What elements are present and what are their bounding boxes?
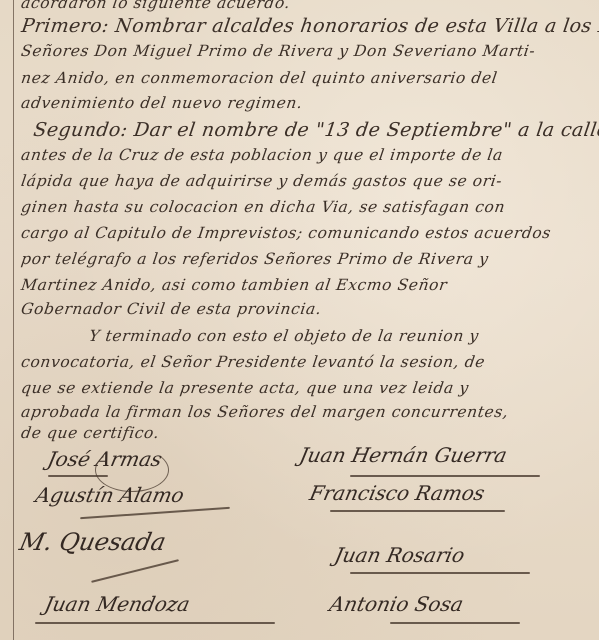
text-line: de que certifico. xyxy=(20,424,161,442)
signature-stroke xyxy=(350,475,540,477)
text-line: cargo al Capitulo de Imprevistos; comuni… xyxy=(20,224,552,242)
text-line: Gobernador Civil de esta provincia. xyxy=(20,300,323,318)
text-line-segundo: Segundo: Dar el nombre de "13 de Septiem… xyxy=(32,119,599,141)
signature-stroke xyxy=(390,622,520,624)
signature-juan-rosario: Juan Rosario xyxy=(332,543,466,567)
signature-stroke xyxy=(350,572,530,574)
text-line: advenimiento del nuevo regimen. xyxy=(20,94,304,112)
text-line: por telégrafo a los referidos Señores Pr… xyxy=(20,250,490,268)
text-line: nez Anido, en conmemoracion del quinto a… xyxy=(20,69,499,87)
signature-antonio-sosa: Antonio Sosa xyxy=(327,592,465,616)
signature-m-quesada: M. Quesada xyxy=(17,528,168,556)
text-line: Señores Don Miguel Primo de Rivera y Don… xyxy=(20,42,537,60)
signature-francisco-ramos: Francisco Ramos xyxy=(307,481,487,505)
signature-stroke xyxy=(48,475,108,477)
signature-juan-hernan-guerra: Juan Hernán Guerra xyxy=(297,443,509,467)
margin-rule xyxy=(13,0,14,640)
text-line: aprobada la firman los Señores del marge… xyxy=(20,403,510,421)
text-line: que se extiende la presente acta, que un… xyxy=(20,379,470,397)
text-line: acordaron lo siguiente acuerdo. xyxy=(20,0,291,12)
signature-agustin-alamo: Agustín Alamo xyxy=(33,483,186,507)
text-line: lápida que haya de adquirirse y demás ga… xyxy=(20,172,503,190)
text-line: convocatoria, el Señor Presidente levant… xyxy=(20,353,486,371)
signature-juan-mendoza: Juan Mendoza xyxy=(42,592,192,616)
signature-stroke xyxy=(330,510,505,512)
text-line: ginen hasta su colocacion en dicha Via, … xyxy=(20,198,506,216)
text-line: Martinez Anido, asi como tambien al Excm… xyxy=(20,276,448,294)
text-line: antes de la Cruz de esta poblacion y que… xyxy=(20,146,504,164)
text-line: Y terminado con esto el objeto de la reu… xyxy=(88,327,480,345)
text-line-primero: Primero: Nombrar alcaldes honorarios de … xyxy=(20,15,599,37)
signature-stroke xyxy=(35,622,275,624)
